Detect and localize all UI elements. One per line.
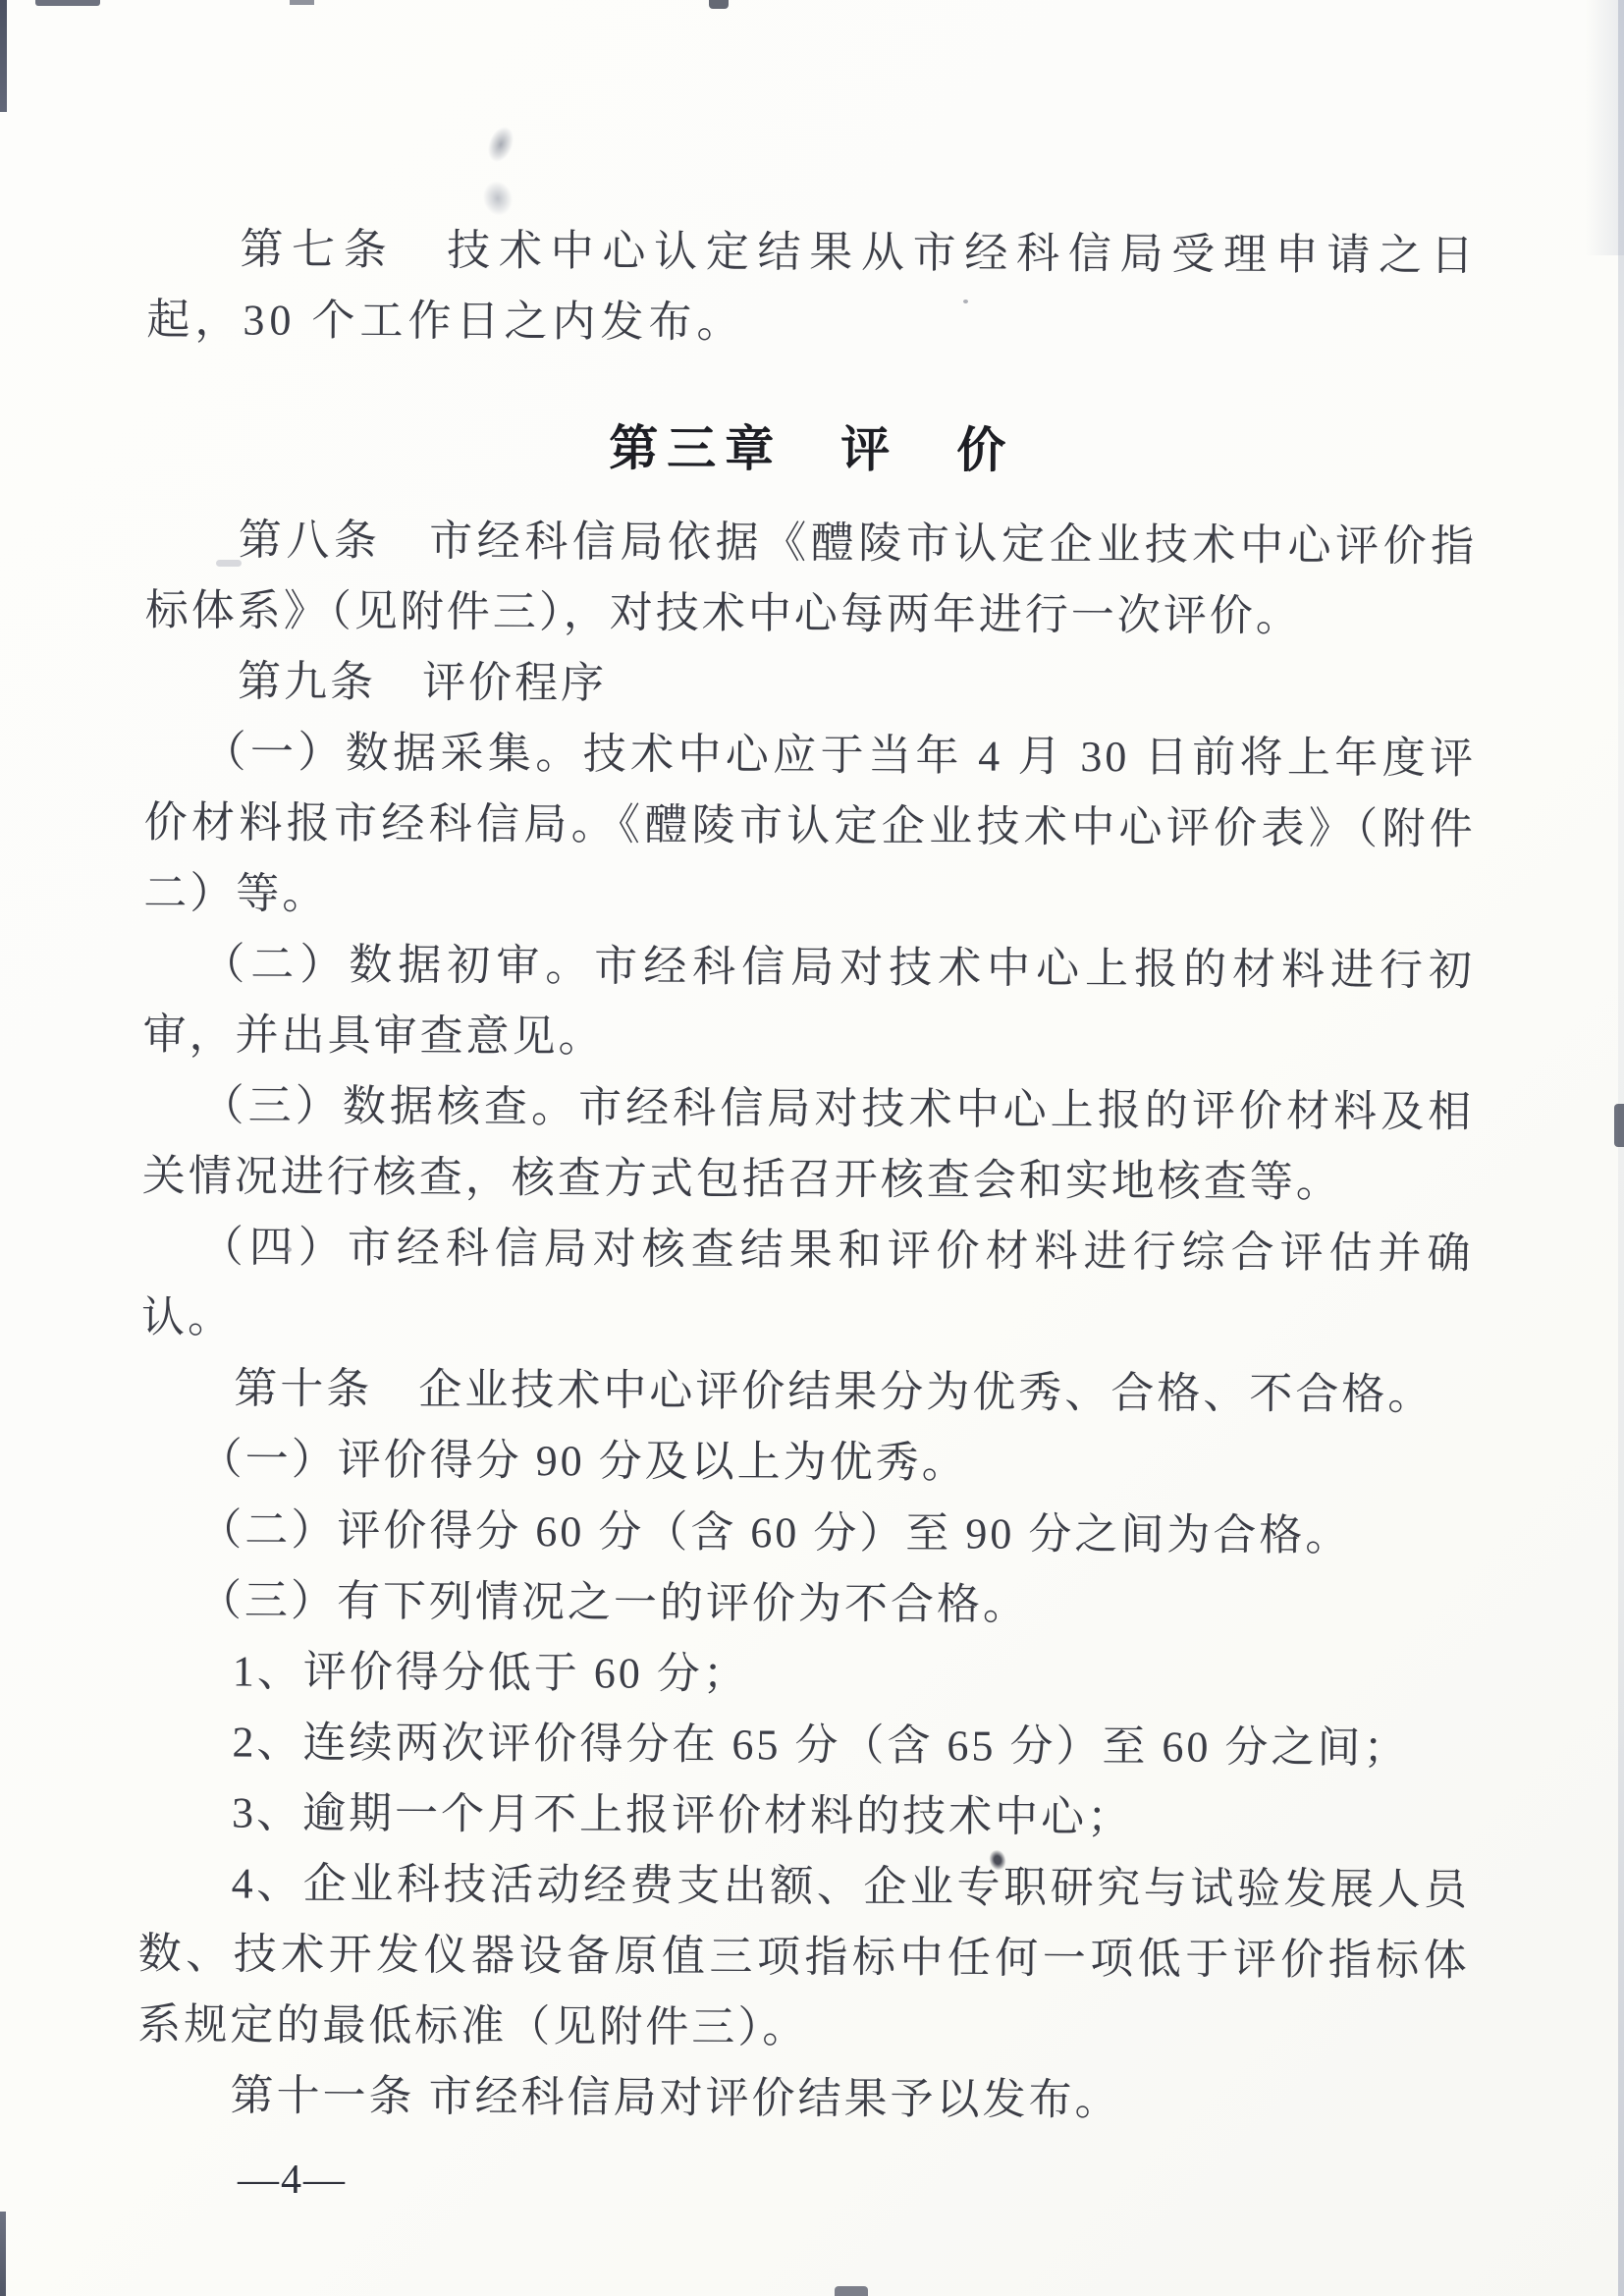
paragraph-fail-rule-1: 1、评价得分低于 60 分； [139, 1636, 1471, 1714]
scan-artifact-corner-shade [1585, 0, 1624, 255]
paragraph-article-10: 第十条 企业技术中心评价结果分为优秀、合格、不合格。 [141, 1353, 1473, 1431]
paragraph-article-11: 第十一条 市经科信局对评价结果予以发布。 [137, 2060, 1469, 2138]
scan-artifact-top-mark-2 [290, 0, 314, 5]
scan-artifact-top-mark-3 [709, 0, 729, 9]
document-page: 第七条 技术中心认定结果从市经科信局受理申请之日起，30 个工作日之内发布。 第… [0, 0, 1624, 2296]
paragraph-grade-pass: （二）评价得分 60 分（含 60 分）至 90 分之间为合格。 [140, 1495, 1472, 1572]
scan-artifact-right-edge [1618, 0, 1624, 2296]
paragraph-fail-rule-4: 4、企业科技活动经费支出额、企业专职研究与试验发展人员数、技术开发仪器设备原值三… [137, 1848, 1470, 2067]
paragraph-item-1: （一）数据采集。技术中心应于当年 4 月 30 日前将上年度评价材料报市经科信局… [143, 717, 1476, 936]
scan-artifact-right-mark [1614, 1104, 1624, 1147]
paragraph-item-4: （四）市经科信局对核查结果和评价材料进行综合评估并确认。 [141, 1212, 1474, 1360]
scan-artifact-left-edge-top [0, 0, 7, 112]
paragraph-fail-rule-2: 2、连续两次评价得分在 65 分（含 65 分）至 60 分之间； [139, 1707, 1471, 1784]
paragraph-grade-excellent: （一）评价得分 90 分及以上为优秀。 [140, 1424, 1472, 1502]
paragraph-article-9: 第九条 评价程序 [144, 646, 1476, 724]
paragraph-item-3: （三）数据核查。市经科信局对技术中心上报的评价材料及相关情况进行核查，核查方式包… [142, 1070, 1475, 1219]
scan-artifact-bottom-mark [835, 2286, 868, 2296]
paragraph-article-8: 第八条 市经科信局依据《醴陵市认定企业技术中心评价指标体系》（见附件三），对技术… [145, 505, 1478, 653]
page-number: —4— [238, 2157, 347, 2204]
chapter-heading: 第三章 评 价 [146, 405, 1478, 494]
paragraph-item-2: （二）数据初审。市经科信局对技术中心上报的材料进行初审，并出具审查意见。 [142, 929, 1475, 1077]
scan-artifact-top-mark-1 [35, 0, 100, 6]
paragraph-article-7: 第七条 技术中心认定结果从市经科信局受理申请之日起，30 个工作日之内发布。 [146, 214, 1479, 362]
scan-artifact-smudge-1 [483, 123, 518, 166]
document-content: 第七条 技术中心认定结果从市经科信局受理申请之日起，30 个工作日之内发布。 第… [137, 214, 1479, 2138]
scan-artifact-smudge-2 [479, 178, 516, 219]
paragraph-fail-rule-3: 3、逾期一个月不上报评价材料的技术中心； [138, 1777, 1470, 1855]
scan-artifact-left-edge-bottom [0, 2212, 6, 2296]
paragraph-grade-fail: （三）有下列情况之一的评价为不合格。 [139, 1565, 1471, 1643]
